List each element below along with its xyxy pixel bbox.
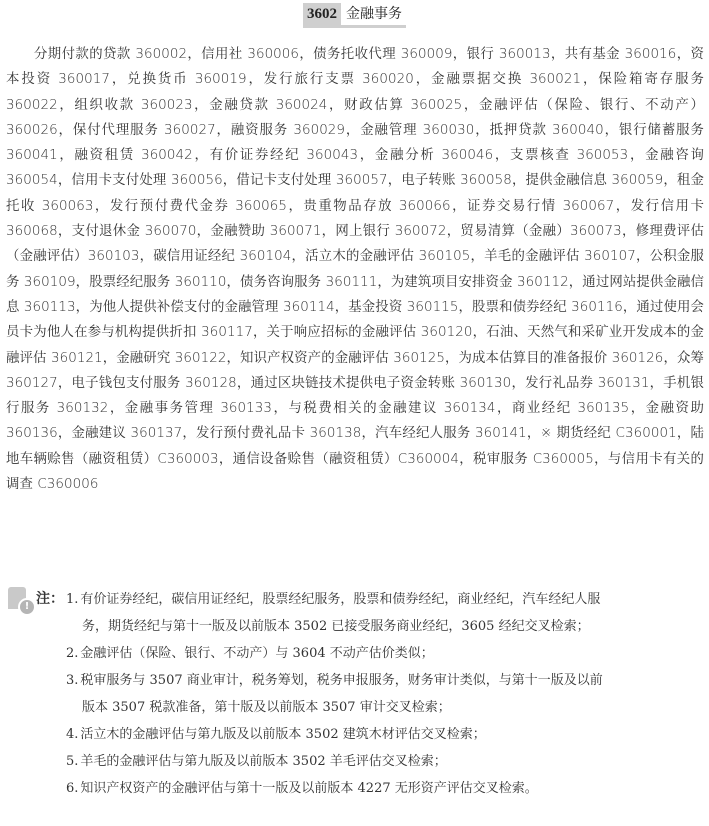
note-number: 4. [66,727,78,742]
note-text: 羊毛的金融评估与第九版及以前版本 3502 羊毛评估交叉检索； [80,754,446,769]
section-name: 金融事务 [341,3,406,25]
note-text: 金融评估（保险、银行、不动产）与 3604 不动产估价类似； [80,646,433,661]
notes-block: ! 注： 1.有价证券经纪，碳信用证经纪，股票经纪服务，股票和债券经纪，商业经纪… [6,586,704,802]
note-item-4: 4.活立木的金融评估与第九版及以前版本 3502 建筑木材评估交叉检索； [66,721,704,748]
note-text-continued: 务，期货经纪与第十一版及以前版本 3502 已接受服务商业经纪，3605 经纪交… [6,613,704,640]
note-item-2: 2.金融评估（保险、银行、不动产）与 3604 不动产估价类似； [66,640,704,667]
section-code: 3602 [303,3,341,25]
note-number: 2. [66,646,78,661]
note-number: 1. [66,592,78,607]
note-info-icon: ! [6,586,34,612]
note-item-1: ! 注： 1.有价证券经纪，碳信用证经纪，股票经纪服务，股票和债券经纪，商业经纪… [6,586,704,613]
services-paragraph: 分期付款的贷款 360002，信用社 360006，债务托收代理 360009，… [6,42,704,497]
note-number: 6. [66,781,78,796]
section-header: 3602 金融事务 [0,3,709,28]
note-text: 有价证券经纪，碳信用证经纪，股票经纪服务，股票和债券经纪，商业经纪，汽车经纪人服 [80,592,600,607]
note-item-5: 5.羊毛的金融评估与第九版及以前版本 3502 羊毛评估交叉检索； [66,748,704,775]
note-item-3: 3.税审服务与 3507 商业审计，税务筹划，税务申报服务，财务审计类似，与第十… [66,667,704,694]
note-item-6: 6.知识产权资产的金融评估与第十一版及以前版本 4227 无形资产评估交叉检索。 [66,775,704,802]
note-number: 5. [66,754,78,769]
notes-label: 注： [36,586,64,612]
note-number: 3. [66,673,78,688]
note-text: 活立木的金融评估与第九版及以前版本 3502 建筑木材评估交叉检索； [80,727,485,742]
section-title: 3602 金融事务 [303,3,406,28]
note-text: 税审服务与 3507 商业审计，税务筹划，税务申报服务，财务审计类似，与第十一版… [80,673,602,688]
note-text: 知识产权资产的金融评估与第十一版及以前版本 4227 无形资产评估交叉检索。 [80,781,537,796]
note-text-continued: 版本 3507 税款准备，第十版及以前版本 3507 审计交叉检索； [66,694,704,721]
